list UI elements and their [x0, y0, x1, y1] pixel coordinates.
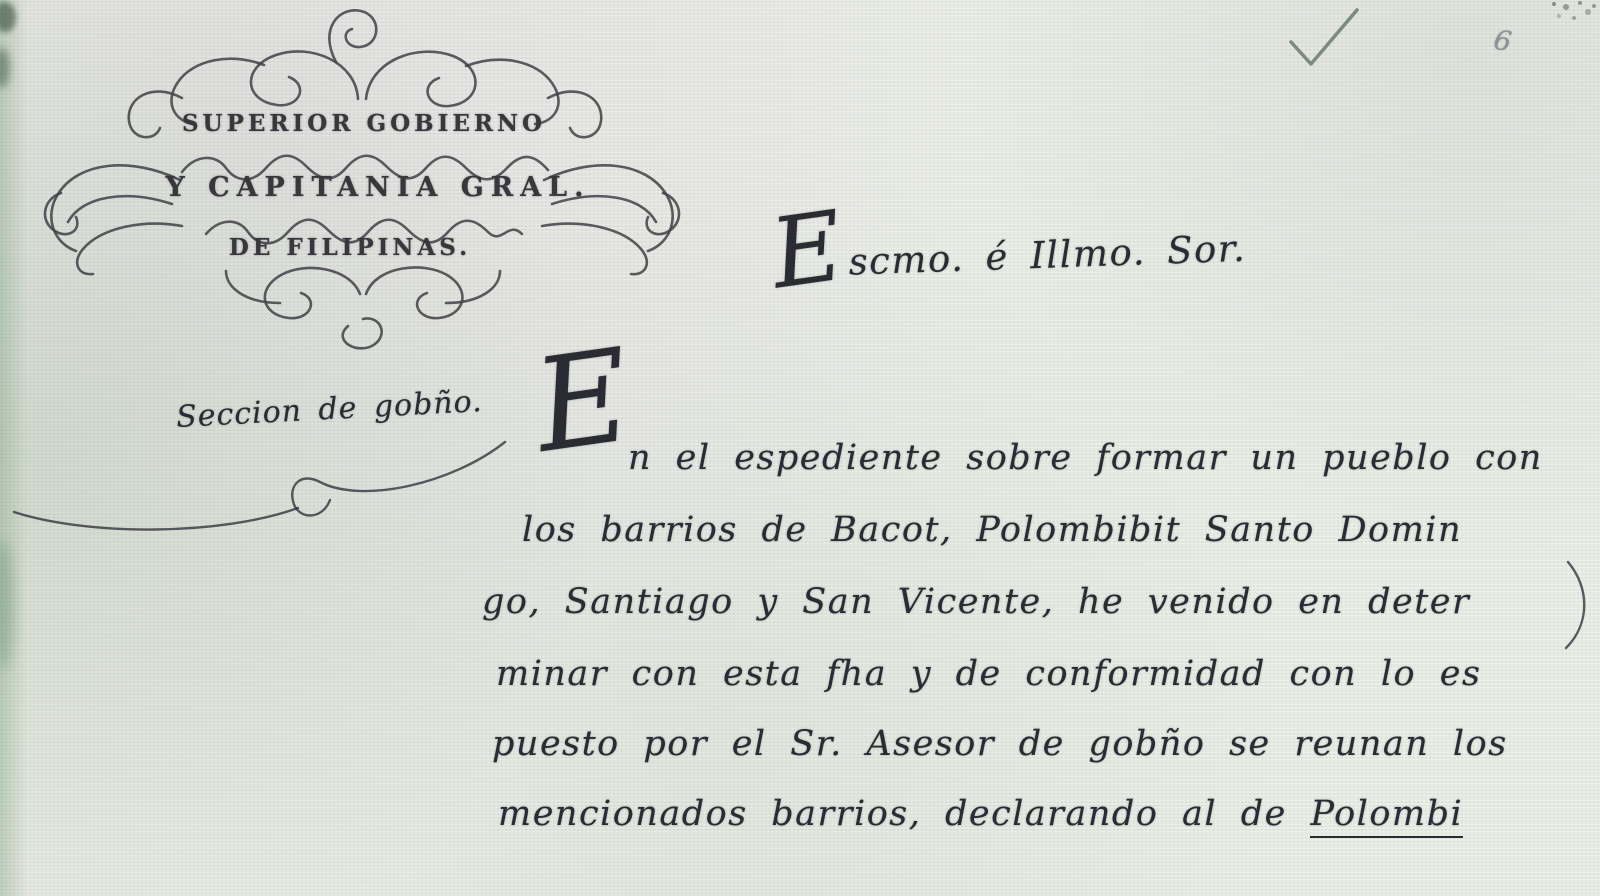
body-line: puesto por el Sr. Asesor de gobño se reu…	[492, 724, 1508, 764]
page-number: 6	[1492, 25, 1514, 58]
descender-flourish	[1562, 558, 1596, 654]
body-line: los barrios de Bacot, Polombibit Santo D…	[522, 510, 1462, 550]
body-line: minar con esta fha y de conformidad con …	[496, 654, 1481, 694]
letterhead-line-2: Y CAPITANIA GRAL.	[48, 172, 708, 203]
body-text: E n el espediente sobre formar un pueblo…	[478, 342, 1588, 882]
body-line: go, Santiago y San Vicente, he venido en…	[482, 582, 1470, 622]
body-line: n el espediente sobre formar un pueblo c…	[628, 438, 1543, 478]
letterhead-line-1: SUPERIOR GOBIERNO	[34, 110, 694, 137]
underlined-word: Polombi	[1310, 794, 1463, 838]
salutation-text: scmo. é Illmo. Sor.	[842, 227, 1247, 292]
body-line-prefix: mencionados barrios, declarando al de	[498, 794, 1310, 834]
ink-specks	[1552, 2, 1556, 6]
body-line: mencionados barrios, declarando al de Po…	[498, 794, 1463, 834]
section-note-swash	[0, 428, 520, 538]
salutation: Escmo. é Illmo. Sor.	[771, 192, 1247, 295]
checkmark-icon	[1283, 4, 1368, 74]
salutation-dropcap: E	[766, 203, 847, 298]
manuscript-page: { "page": { "background_hex": "#edefe9",…	[0, 0, 1600, 896]
body-dropcap: E	[528, 332, 638, 472]
letterhead-line-3: DE FILIPINAS.	[20, 234, 680, 261]
